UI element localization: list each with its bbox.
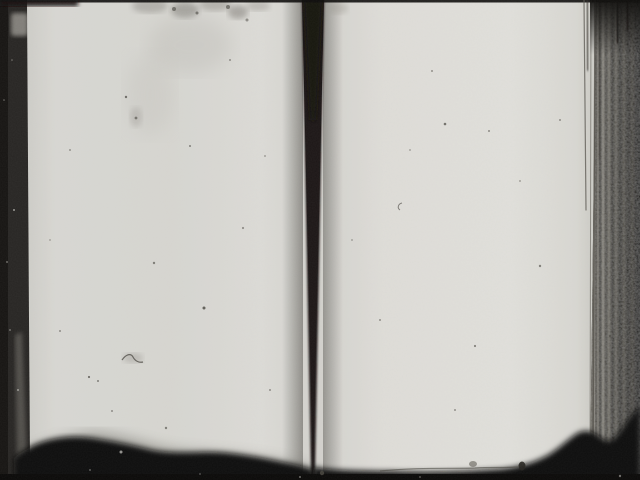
- scan-canvas: [0, 0, 640, 480]
- book-scan-photo: [0, 0, 640, 480]
- film-grain-overlay: [0, 0, 640, 480]
